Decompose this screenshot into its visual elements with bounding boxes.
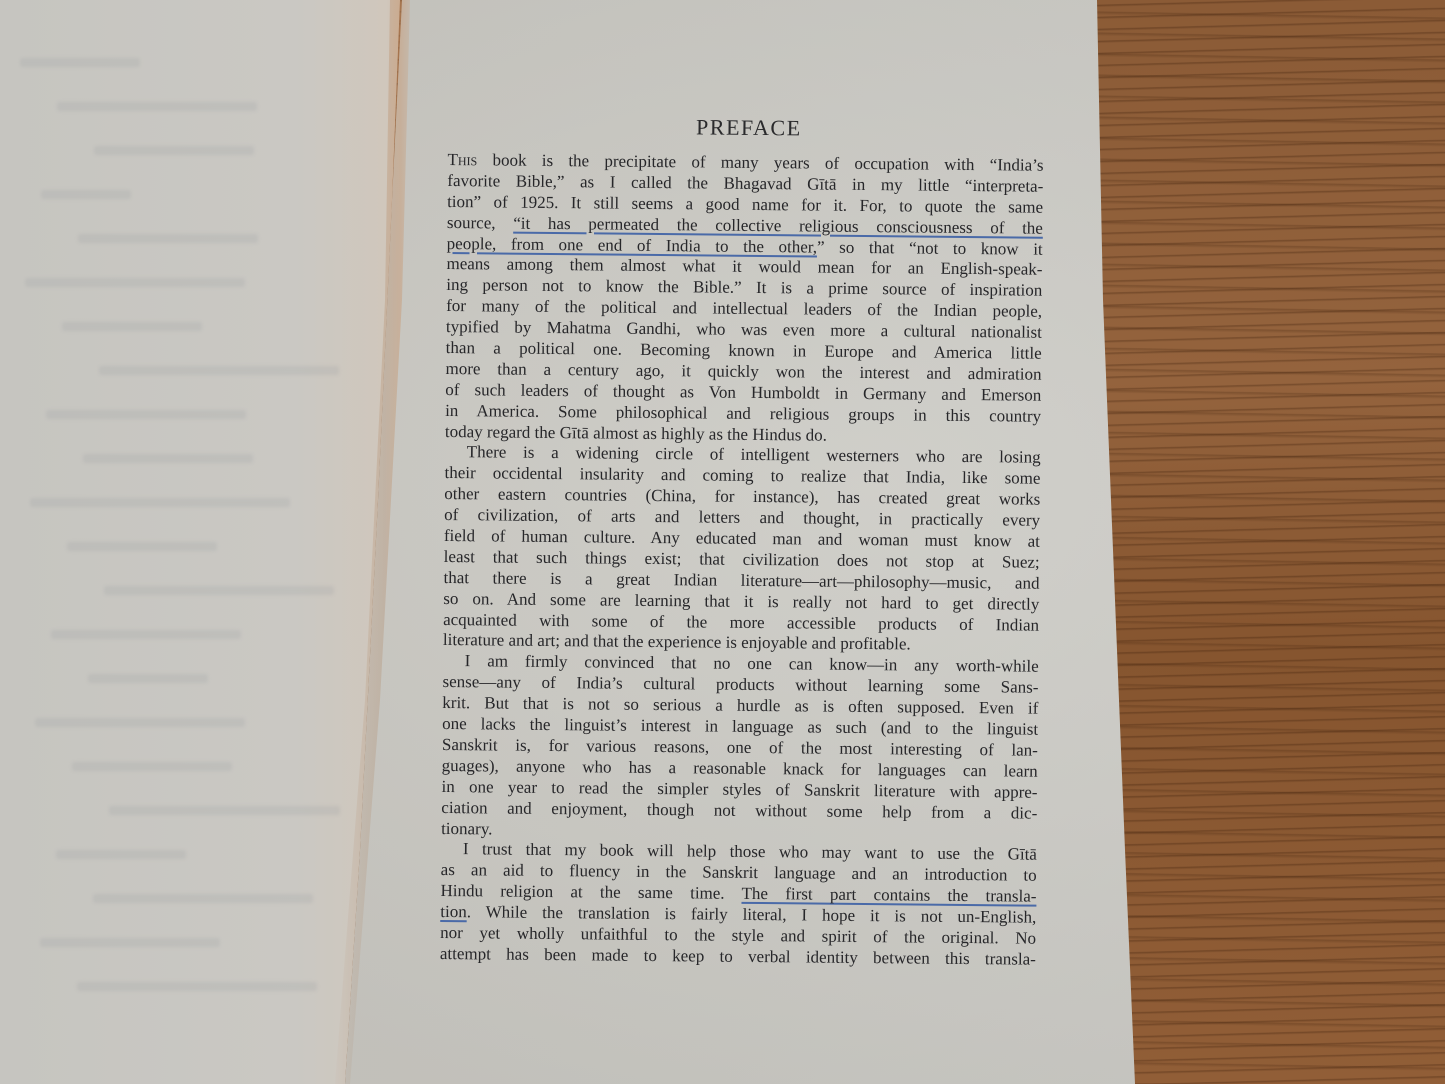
show-through-line xyxy=(20,216,340,260)
left-page-show-through-text xyxy=(20,40,340,1008)
pen-underlined-text: people, from one end of India to the oth… xyxy=(447,234,817,257)
show-through-line xyxy=(20,128,340,172)
show-through-line xyxy=(20,656,340,700)
show-through-line xyxy=(20,260,340,304)
show-through-line xyxy=(20,392,340,436)
pen-underlined-text: “it has permeated the collective religio… xyxy=(513,213,1043,237)
show-through-line xyxy=(20,480,340,524)
paragraph: I am firmly convinced that no one can kn… xyxy=(441,651,1039,845)
show-through-line xyxy=(20,700,340,744)
preface-text-block: PREFACE This book is the precipitate of … xyxy=(440,112,1044,970)
show-through-line xyxy=(20,876,340,920)
pen-underlined-text: tion xyxy=(440,902,467,921)
show-through-line xyxy=(20,788,340,832)
page-title: PREFACE xyxy=(448,112,1044,144)
show-through-line xyxy=(20,436,340,480)
show-through-line xyxy=(20,832,340,876)
show-through-line xyxy=(20,744,340,788)
paragraph: This book is the precipitate of many yea… xyxy=(445,150,1044,448)
text-run: literature and art; and that the experie… xyxy=(443,630,911,653)
show-through-line xyxy=(20,84,340,128)
text-run: Hindu religion at the same time. xyxy=(440,881,741,903)
paragraph: I trust that my book will help those who… xyxy=(440,839,1037,970)
small-caps-opening-word: This xyxy=(447,150,477,169)
show-through-line xyxy=(20,524,340,568)
show-through-line xyxy=(20,40,340,84)
text-line: attempt has been made to keep to verbal … xyxy=(440,944,1036,971)
paragraph: There is a widening circle of intelligen… xyxy=(443,442,1041,657)
show-through-line xyxy=(20,568,340,612)
show-through-line xyxy=(20,964,340,1008)
pen-underlined-text: The first part contains the transla- xyxy=(741,884,1036,906)
preface-body: This book is the precipitate of many yea… xyxy=(440,150,1044,970)
show-through-line xyxy=(20,304,340,348)
text-run: tionary. xyxy=(441,818,492,837)
show-through-line xyxy=(20,348,340,392)
photo-scene: PREFACE This book is the precipitate of … xyxy=(0,0,1445,1084)
text-run: source, xyxy=(447,213,514,233)
text-run: today regard the Gītā almost as highly a… xyxy=(445,422,827,445)
show-through-line xyxy=(20,172,340,216)
show-through-line xyxy=(20,920,340,964)
text-run: ” so that “not to know it xyxy=(817,237,1043,258)
show-through-line xyxy=(20,612,340,656)
